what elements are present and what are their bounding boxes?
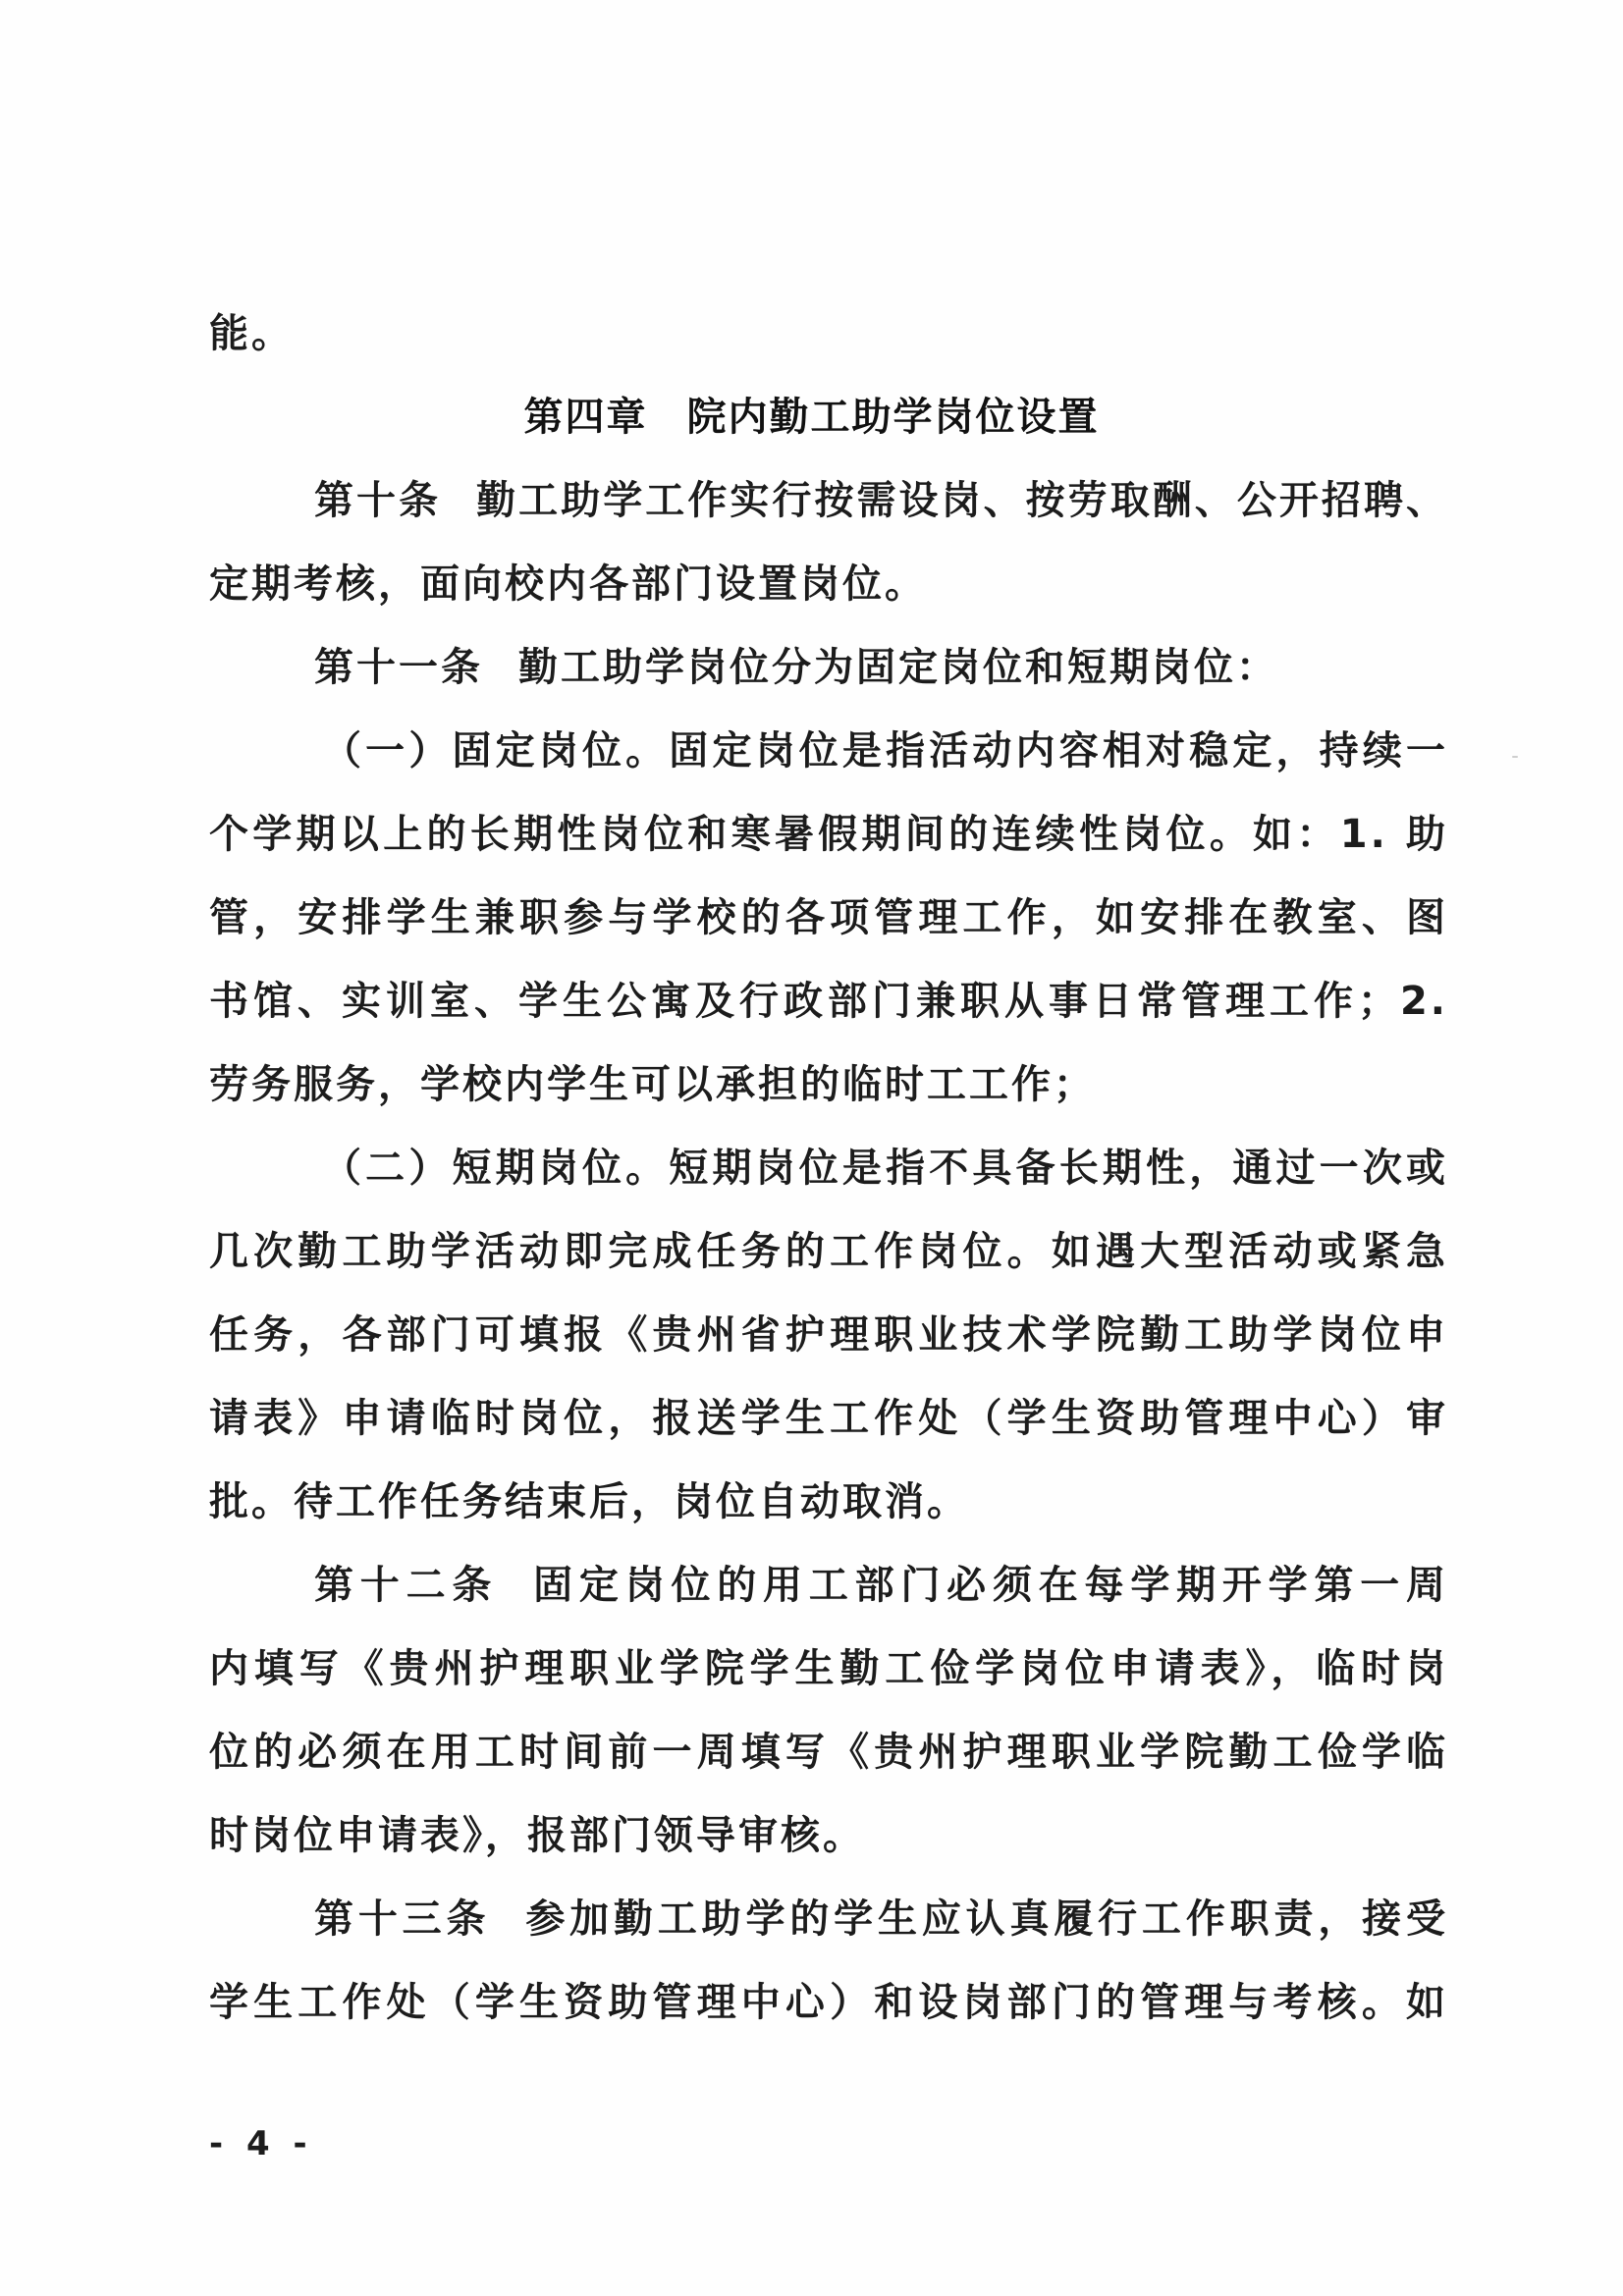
item-1-line-3: 管，安排学生兼职参与学校的各项管理工作，如安排在教室、图 (209, 892, 1448, 943)
article-11-line-1: 第十一条勤工助学岗位分为固定岗位和短期岗位： (314, 642, 1448, 693)
item-2-line-3: 任务，各部门可填报《贵州省护理职业技术学院勤工助学岗位申 (209, 1309, 1448, 1361)
continuation-text: 能。 (209, 308, 1448, 359)
page-number: - 4 - (209, 2122, 313, 2165)
article-text: 参加勤工助学的学生应认真履行工作职责，接受 (525, 1896, 1448, 1942)
article-12-line-4: 时岗位申请表》，报部门领导审核。 (209, 1810, 1448, 1861)
article-text: 固定岗位的用工部门必须在每学期开学第一周 (533, 1563, 1448, 1608)
item-1-line-2: 个学期以上的长期性岗位和寒暑假期间的连续性岗位。如：1. 助 (209, 809, 1448, 860)
article-label: 第十一条 (314, 645, 483, 690)
item-1-line-1: （一）固定岗位。固定岗位是指活动内容相对稳定，持续一 (322, 725, 1448, 776)
item-2-line-2: 几次勤工助学活动即完成任务的工作岗位。如遇大型活动或紧急 (209, 1226, 1448, 1277)
article-text: 勤工助学工作实行按需设岗、按劳取酬、公开招聘、 (476, 478, 1448, 523)
item-2-line-4: 请表》申请临时岗位，报送学生工作处（学生资助管理中心）审 (209, 1393, 1448, 1444)
article-10-line-2: 定期考核，面向校内各部门设置岗位。 (209, 559, 1448, 610)
article-label: 第十三条 (314, 1896, 490, 1942)
article-12-line-1: 第十二条固定岗位的用工部门必须在每学期开学第一周 (314, 1560, 1448, 1611)
article-label: 第十二条 (314, 1563, 498, 1608)
article-13-line-1: 第十三条参加勤工助学的学生应认真履行工作职责，接受 (314, 1894, 1448, 1945)
chapter-title: 院内勤工助学岗位设置 (687, 395, 1100, 440)
document-page: 能。 第四章院内勤工助学岗位设置 第十条勤工助学工作实行按需设岗、按劳取酬、公开… (0, 0, 1623, 2296)
article-text: 勤工助学岗位分为固定岗位和短期岗位： (518, 645, 1278, 690)
item-2-line-1: （二）短期岗位。短期岗位是指不具备长期性，通过一次或 (322, 1143, 1448, 1194)
item-1-line-4: 书馆、实训室、学生公寓及行政部门兼职从事日常管理工作；2. (209, 976, 1448, 1027)
chapter-number: 第四章 (524, 395, 648, 440)
article-12-line-2: 内填写《贵州护理职业学院学生勤工俭学岗位申请表》，临时岗 (209, 1643, 1448, 1694)
item-1-line-5: 劳务服务，学校内学生可以承担的临时工工作； (209, 1059, 1448, 1110)
chapter-heading: 第四章院内勤工助学岗位设置 (0, 392, 1623, 443)
article-12-line-3: 位的必须在用工时间前一周填写《贵州护理职业学院勤工俭学临 (209, 1727, 1448, 1778)
scan-speck (1512, 756, 1518, 758)
article-label: 第十条 (314, 478, 441, 523)
article-10-line-1: 第十条勤工助学工作实行按需设岗、按劳取酬、公开招聘、 (314, 475, 1448, 526)
item-2-line-5: 批。待工作任务结束后，岗位自动取消。 (209, 1476, 1448, 1527)
article-13-line-2: 学生工作处（学生资助管理中心）和设岗部门的管理与考核。如 (209, 1977, 1448, 2028)
